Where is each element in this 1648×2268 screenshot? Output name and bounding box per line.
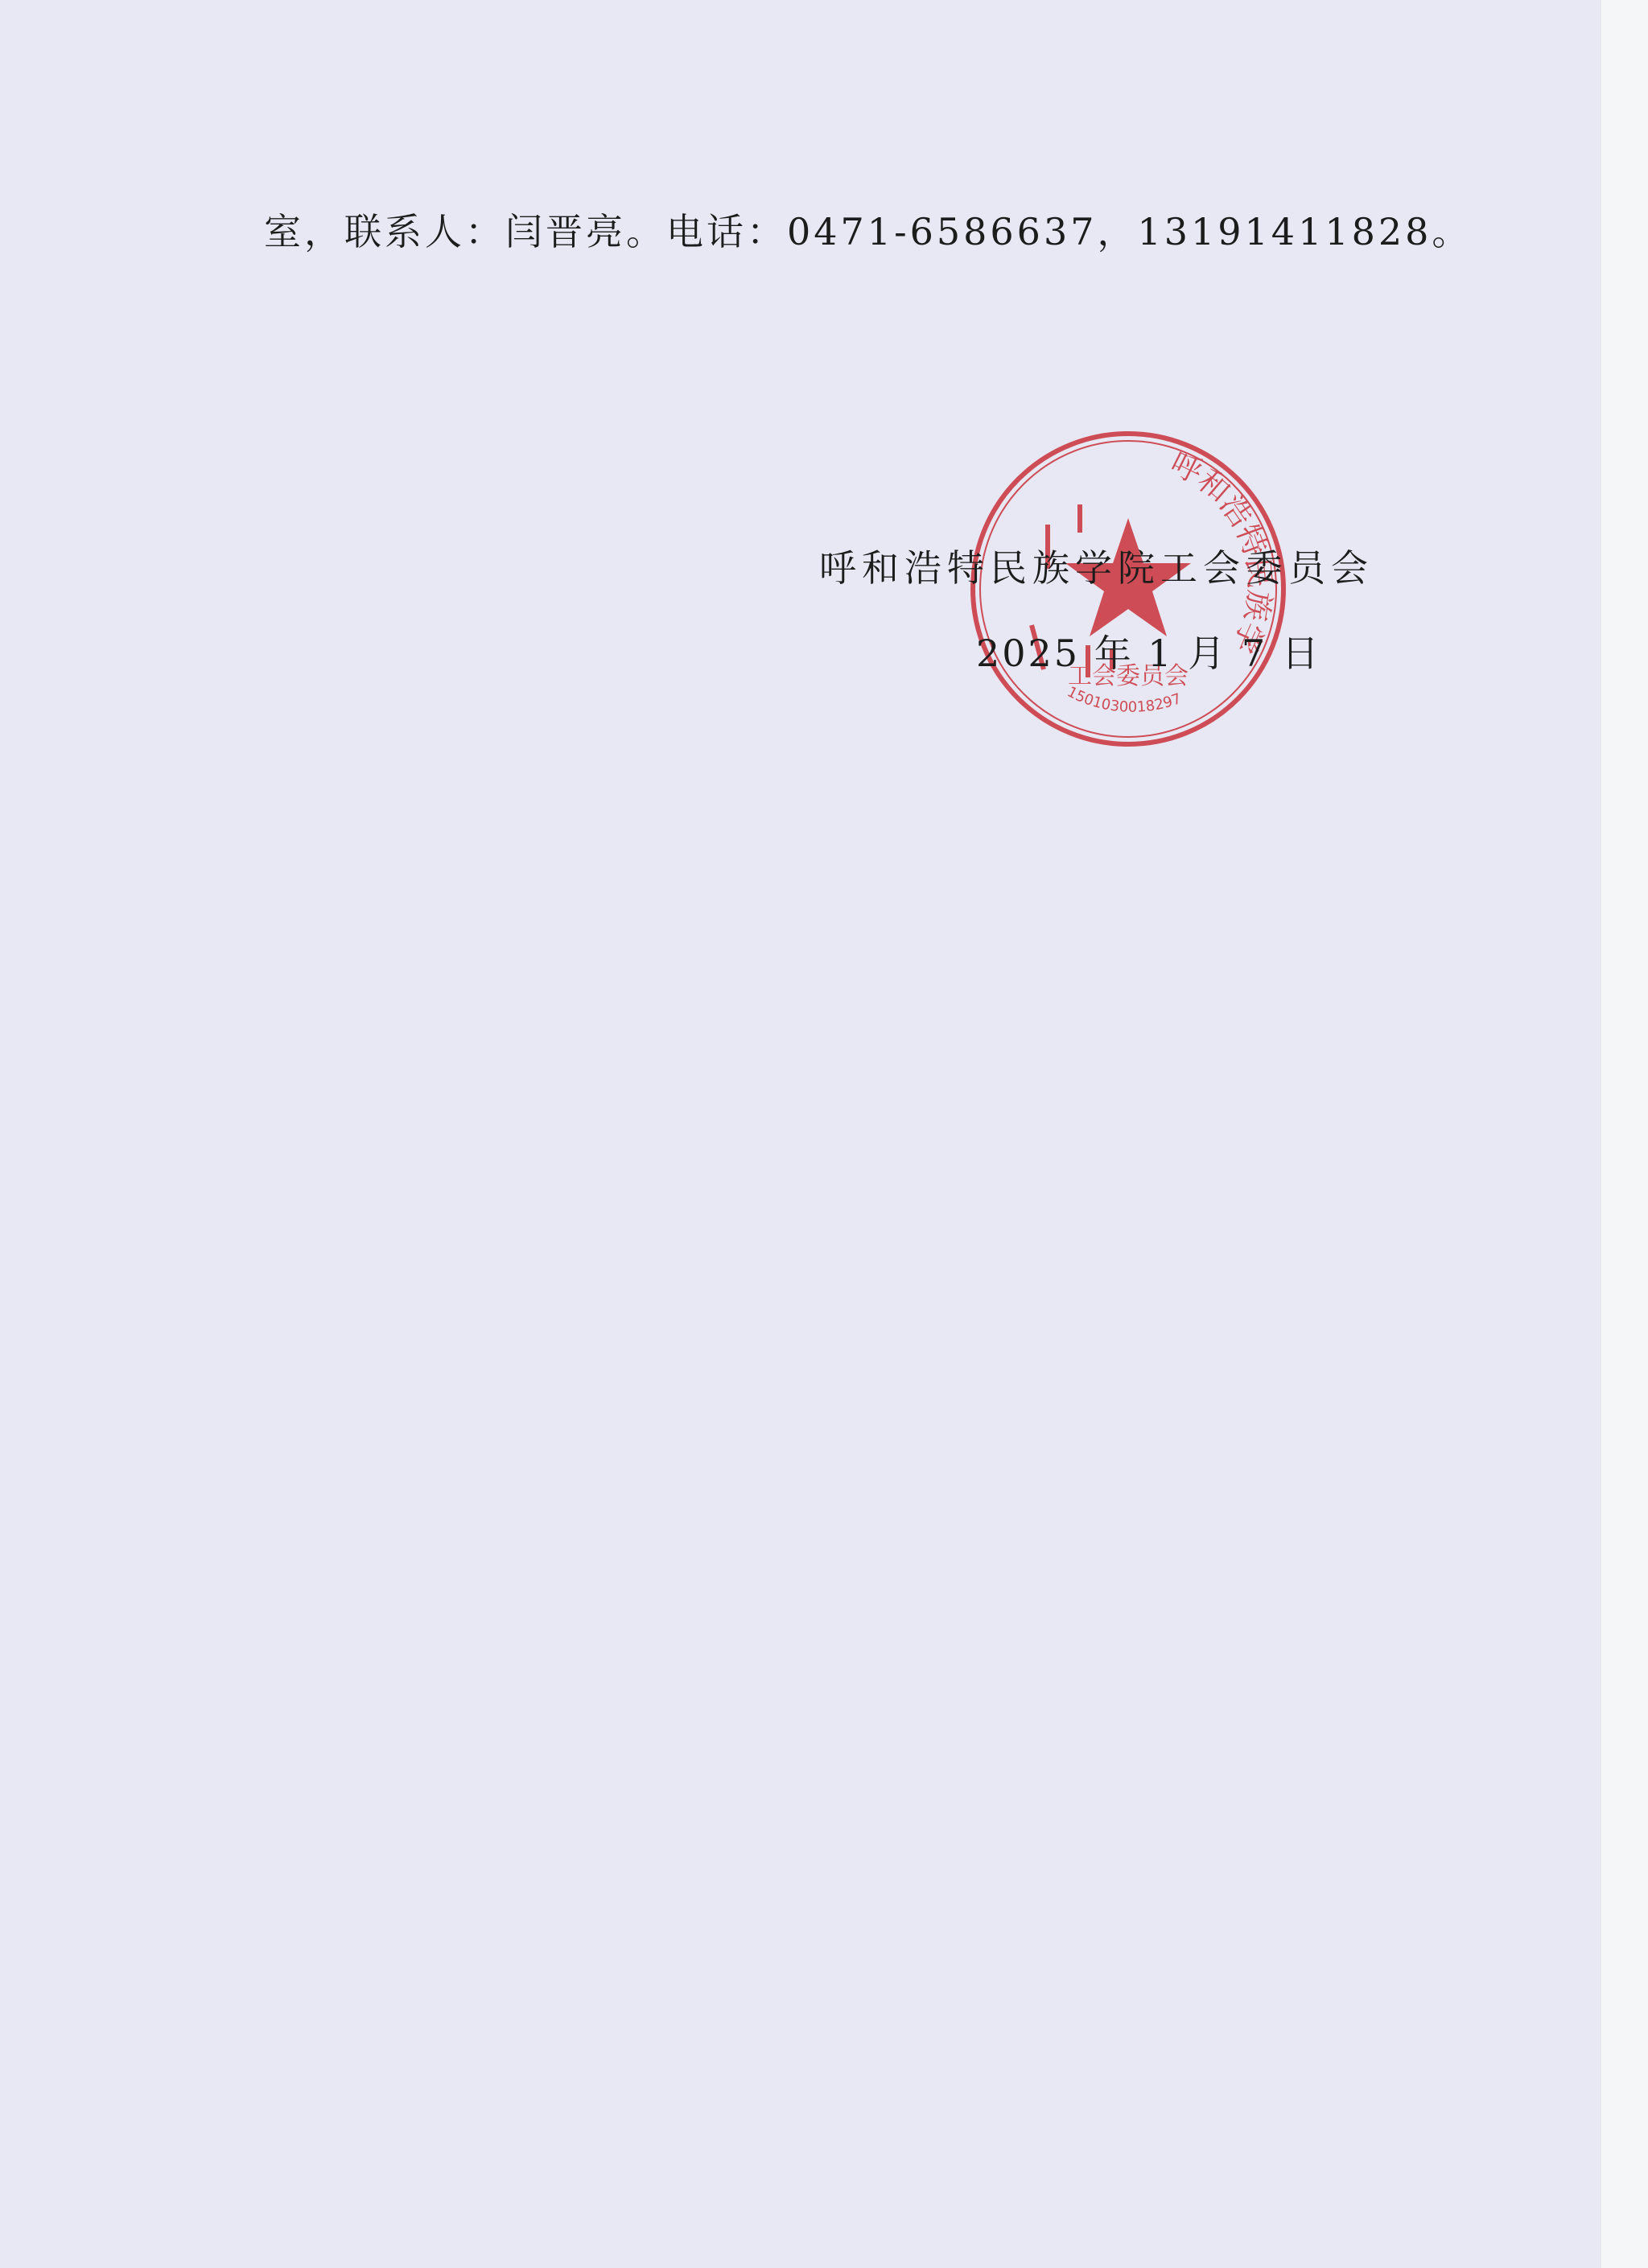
document-page [0,0,1601,2268]
scanner-margin [1601,0,1648,2268]
contact-info-paragraph: 室，联系人：闫晋亮。电话：0471-6586637，13191411828。 [264,203,1472,256]
signing-organization: 呼和浩特民族学院工会委员会 [819,539,1374,592]
signing-date: 2025 年 1 月 7 日 [976,624,1321,677]
